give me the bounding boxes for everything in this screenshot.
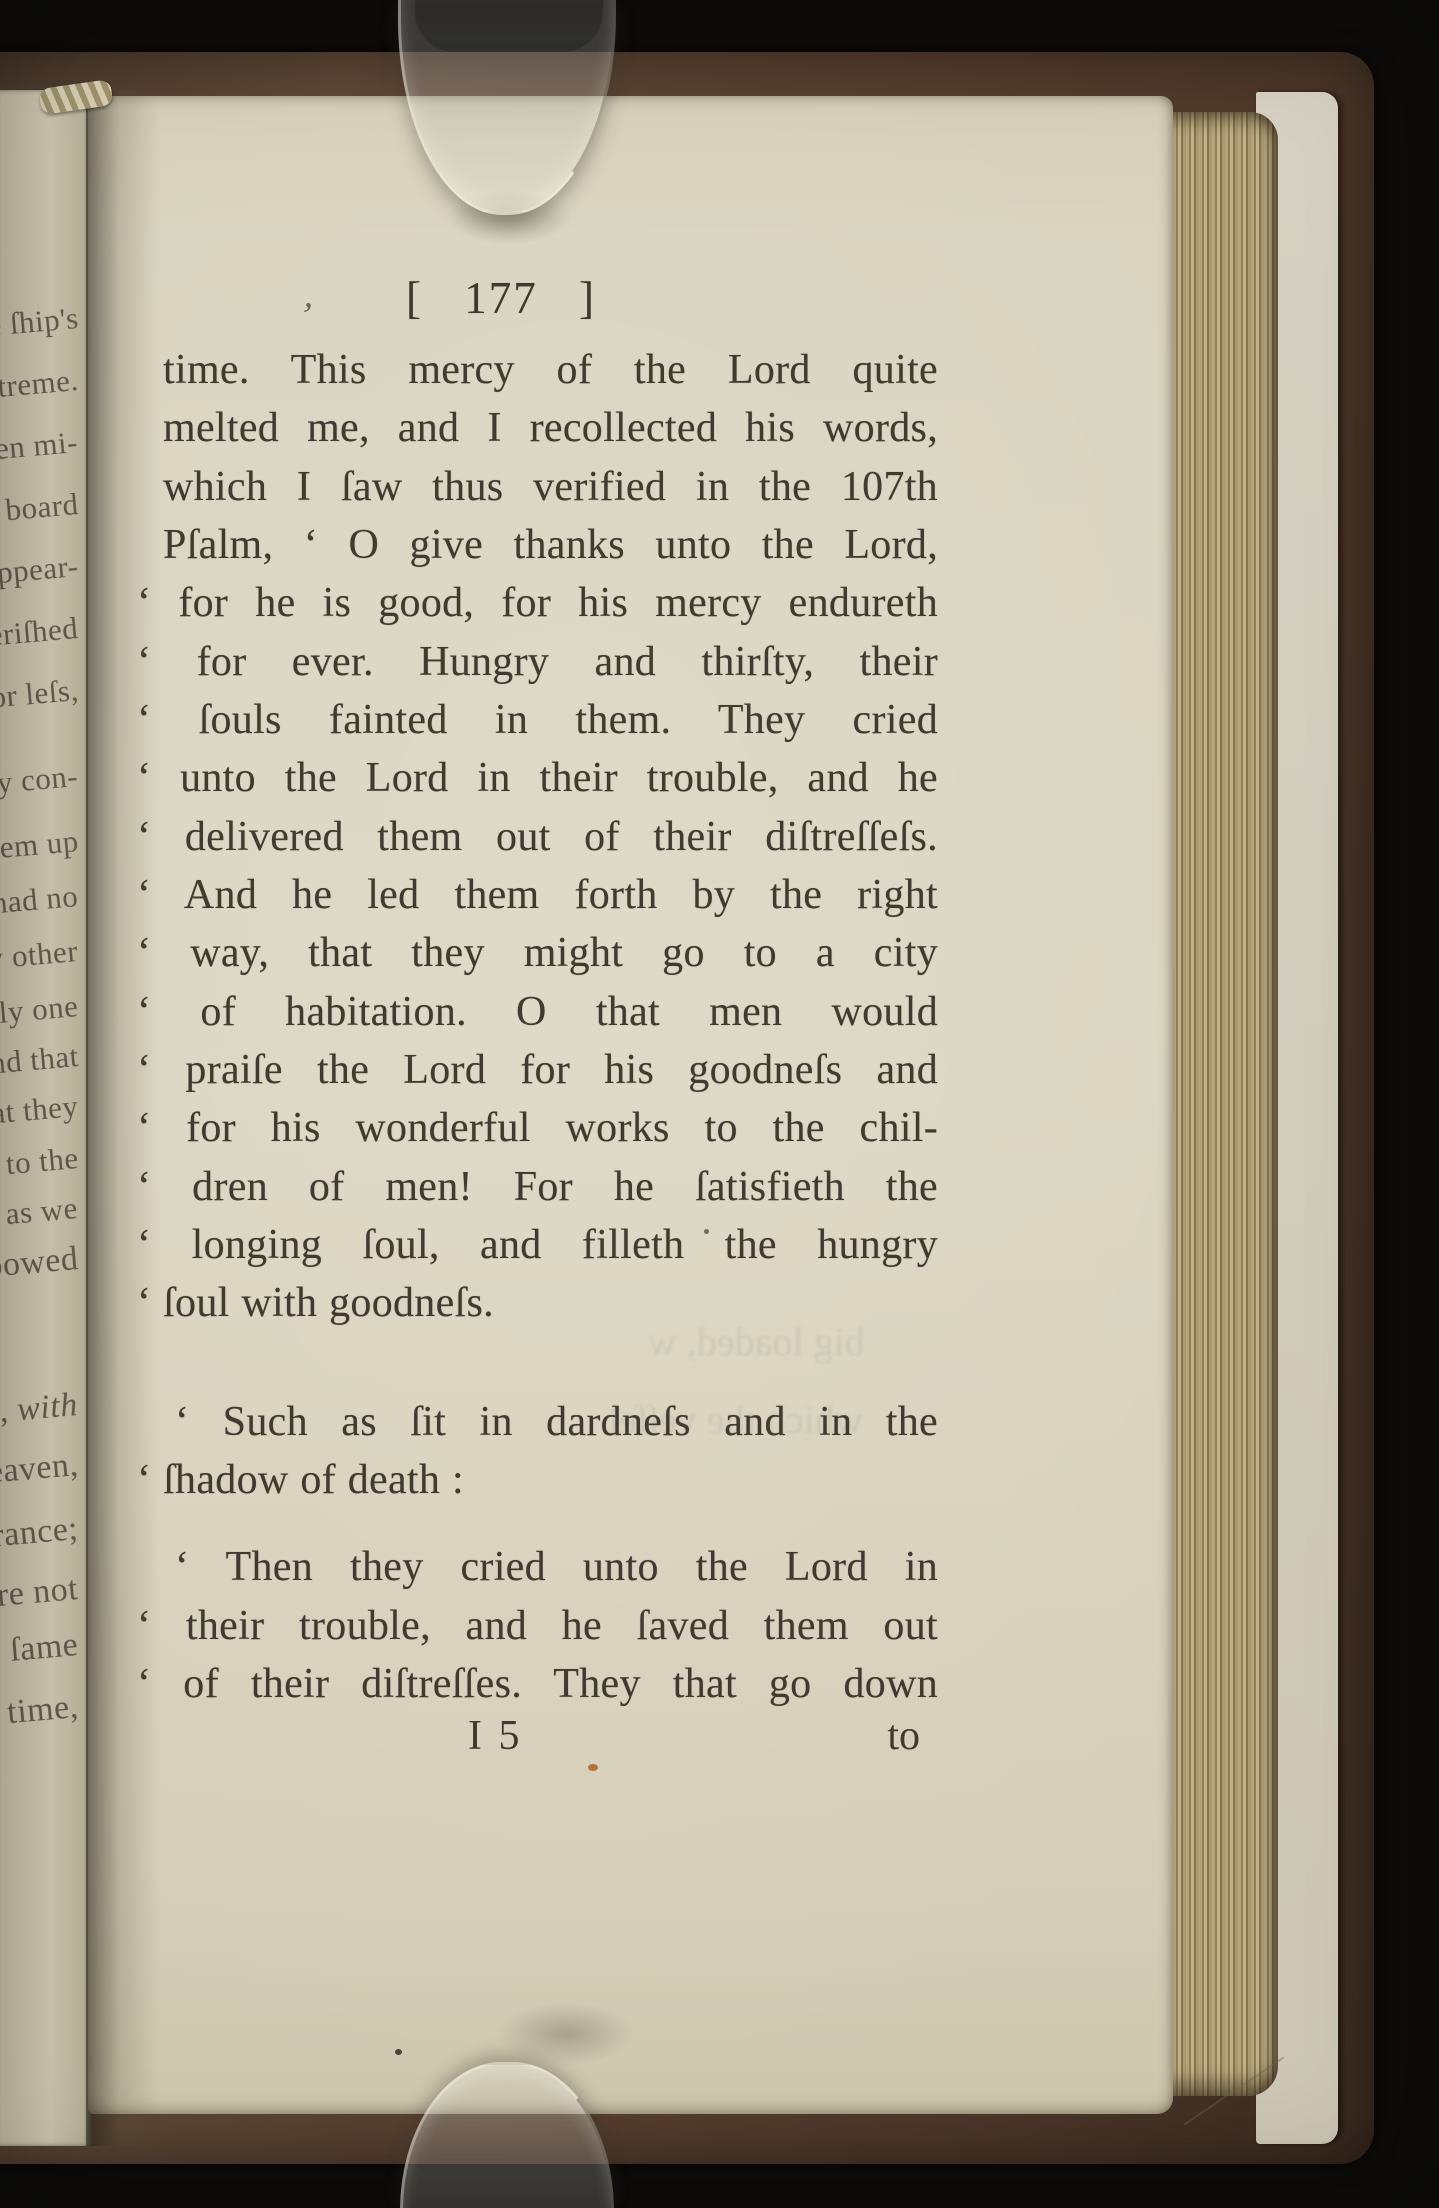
book-page: big loaded, w which the veſſel ’ [ 177 ]…	[88, 96, 1173, 2114]
text-line: Pſalm, ‘ O give thanks unto the Lord,	[163, 519, 938, 571]
opposite-fragment: an appear-	[0, 548, 80, 596]
opposite-fragment: r any other	[0, 933, 80, 981]
text-line: ‘ delivered them out of their diſtreſſeſ…	[163, 811, 938, 863]
opposite-fragment: the ſame	[0, 1626, 80, 1674]
opposite-fragment: s extreme.	[0, 362, 80, 409]
text-line: ‘ for his wonderful works to the chil-	[163, 1102, 938, 1154]
text-line: ‘ praiſe the Lord for his goodneſs and	[163, 1044, 938, 1096]
text-line: ‘ Such as ſit in dardneſs and in the	[163, 1396, 938, 1448]
opposite-fragment: were not	[0, 1570, 80, 1618]
opposite-fragment: ey bowed	[0, 1240, 80, 1290]
opposite-fragment: ſoon as we	[0, 1190, 80, 1238]
page-number-header: [ 177 ]	[406, 272, 596, 324]
opposite-fragment: ad only one	[0, 988, 80, 1037]
book-photo: the ſhip's s extreme. eleven mi- on boar…	[0, 0, 1439, 2208]
text-line: which I ſaw thus verified in the 107th	[163, 461, 938, 513]
text-line: ‘ ſoul with goodneſs.	[163, 1277, 938, 1329]
opposite-fragment: and had no	[0, 878, 80, 926]
text-block-fore-edge	[1160, 112, 1278, 2096]
text-line: ‘ unto the Lord in their trouble, and he	[163, 752, 938, 804]
opposite-fragment: that they	[0, 1088, 80, 1134]
signature-mark: I 5	[468, 1712, 520, 1760]
opposite-fragment: nd, with	[0, 1386, 80, 1434]
opposite-fragment: ely to the	[0, 1140, 80, 1186]
text-line: time. This mercy of the Lord quite	[163, 344, 938, 396]
opposite-page-sliver: the ſhip's s extreme. eleven mi- on boar…	[0, 90, 92, 2146]
ink-speck	[704, 1229, 709, 1234]
stray-ink-mark: ’	[296, 293, 316, 339]
text-line: ‘ longing ſoul, and filleth the hungry	[163, 1219, 938, 1271]
text-line: ‘ ſhadow of death :	[163, 1454, 938, 1506]
text-line: ‘ ſouls fainted in them. They cried	[163, 694, 938, 746]
text-line: ‘ for he is good, for his mercy endureth	[163, 577, 938, 629]
opposite-fragment: heaven,	[0, 1446, 80, 1493]
text-line: ‘ of habitation. O that men would	[163, 986, 938, 1038]
opposite-fragment: time,	[5, 1688, 79, 1732]
opposite-fragment: h, and that	[0, 1038, 80, 1086]
opposite-fragment: eleven mi-	[0, 424, 80, 472]
text-line: melted me, and I recollected his words,	[163, 402, 938, 454]
opposite-fragment: our or leſs,	[0, 672, 80, 720]
text-line: ‘ Then they cried unto the Lord in	[163, 1541, 938, 1593]
opposite-fragment: on board	[0, 486, 80, 532]
stain-speck	[588, 1764, 598, 1771]
text-line: ‘ their trouble, and he ſaved them out	[163, 1600, 938, 1652]
signature-row: I 5 to	[163, 1712, 938, 1764]
text-line: ‘ And he led them forth by the right	[163, 869, 938, 921]
ink-speck	[395, 2049, 402, 2055]
opposite-fragment: the ſhip's	[0, 300, 80, 346]
opposite-fragment: we periſhed	[0, 610, 80, 659]
text-line: ‘ of their diſtreſſes. They that go down	[163, 1658, 938, 1710]
catchword: to	[887, 1712, 920, 1760]
text-line: ‘ dren of men! For he ſatisfieth the	[163, 1161, 938, 1213]
text-line: ‘ way, that they might go to a city	[163, 927, 938, 979]
opposite-fragment: ok them up	[0, 823, 80, 871]
text-line: ‘ for ever. Hungry and thirſty, their	[163, 636, 938, 688]
opposite-fragment: verance;	[0, 1510, 80, 1558]
opposite-fragment: barely con-	[0, 758, 80, 807]
